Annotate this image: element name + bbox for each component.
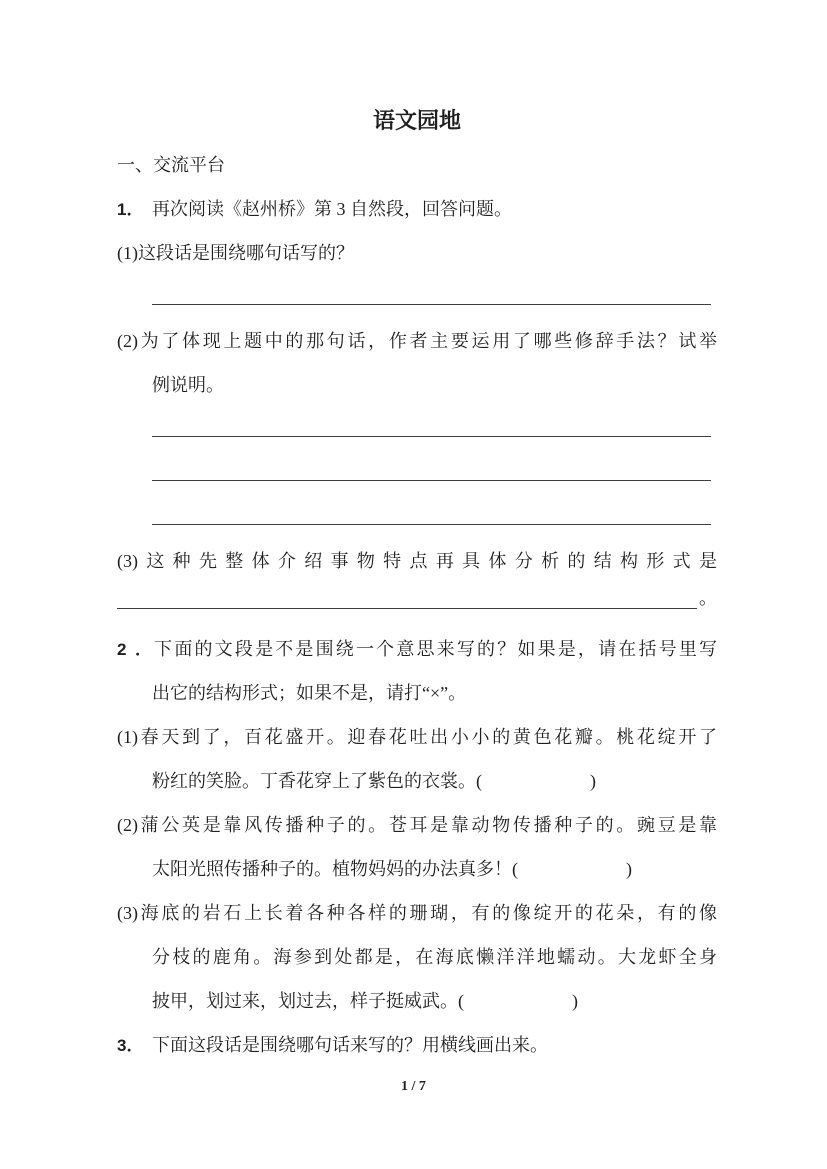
question-2-sub-3-text-line-3: 披甲，划过来，划过去，样子挺威武。( ) (152, 991, 578, 1011)
question-1-sub-2-continuation: 例说明。 (117, 363, 717, 407)
question-2-sub-3-continuation: 分枝的鹿角。海参到处都是，在海底懒洋洋地蠕动。大龙虾全身 (117, 935, 717, 979)
question-2-sub-1-text-line-2: 粉红的笑脸。丁香花穿上了紫色的衣裳。( ) (152, 771, 596, 791)
question-2-sub-2: (2)蒲公英是靠风传播种子的。苍耳是靠动物传播种子的。豌豆是靠 (117, 803, 717, 847)
question-2-sub-2-text-line-1: 蒲公英是靠风传播种子的。苍耳是靠动物传播种子的。豌豆是靠 (138, 815, 717, 835)
question-2-sub-1-marker: (1) (117, 727, 138, 747)
question-1-sub-1-marker: (1) (117, 243, 138, 263)
question-2-sub-2-text-line-2: 太阳光照传播种子的。植物妈妈的办法真多！( ) (152, 859, 632, 879)
question-1-sub-3-marker: (3) (117, 551, 138, 571)
question-1-sub-1: (1)这段话是围绕哪句话写的？ (117, 231, 717, 275)
worksheet-content: 语文园地 一、交流平台 1．再次阅读《赵州桥》第 3 自然段，回答问题。 (1)… (117, 99, 717, 1067)
answer-rule (152, 304, 711, 305)
answer-blank-line (117, 275, 717, 319)
question-2-sub-2-continuation: 太阳光照传播种子的。植物妈妈的办法真多！( ) (117, 847, 717, 891)
question-3: 3．下面这段话是围绕哪句话来写的？用横线画出来。 (117, 1023, 717, 1067)
question-2-sub-3-continuation: 披甲，划过来，划过去，样子挺威武。( ) (117, 979, 717, 1023)
answer-end-period: 。 (697, 583, 717, 613)
answer-blank-line (117, 451, 717, 495)
worksheet-page: 语文园地 一、交流平台 1．再次阅读《赵州桥》第 3 自然段，回答问题。 (1)… (0, 0, 827, 1169)
question-2: 2．下面的文段是不是围绕一个意思来写的？如果是，请在括号里写 (117, 627, 717, 671)
question-2-prompt-line-2: 出它的结构形式；如果不是，请打“×”。 (152, 683, 466, 703)
answer-blank-line (117, 407, 717, 451)
question-2-sub-1-text-line-1: 春天到了，百花盛开。迎春花吐出小小的黄色花瓣。桃花绽开了 (138, 727, 717, 747)
question-2-sub-2-marker: (2) (117, 815, 138, 835)
question-1-sub-2-text-line-1: 为了体现上题中的那句话，作者主要运用了哪些修辞手法？试举 (138, 331, 717, 351)
question-2-continuation: 出它的结构形式；如果不是，请打“×”。 (117, 671, 717, 715)
answer-rule (117, 583, 697, 609)
answer-blank-line-with-period: 。 (117, 583, 717, 627)
question-1-sub-3-text: 这种先整体介绍事物特点再具体分析的结构形式是 (138, 551, 717, 571)
question-1-sub-2-text-line-2: 例说明。 (152, 375, 224, 395)
question-1-prompt: 再次阅读《赵州桥》第 3 自然段，回答问题。 (152, 199, 512, 219)
question-2-sub-3-text-line-2: 分枝的鹿角。海参到处都是，在海底懒洋洋地蠕动。大龙虾全身 (152, 947, 717, 967)
question-2-prompt-line-1: 下面的文段是不是围绕一个意思来写的？如果是，请在括号里写 (152, 639, 717, 659)
question-2-sub-3-marker: (3) (117, 903, 138, 923)
question-2-sub-3: (3)海底的岩石上长着各种各样的珊瑚，有的像绽开的花朵，有的像 (117, 891, 717, 935)
question-1-sub-2: (2)为了体现上题中的那句话，作者主要运用了哪些修辞手法？试举 (117, 319, 717, 363)
question-1-number: 1． (117, 188, 152, 231)
answer-rule (152, 436, 711, 437)
answer-rule (152, 524, 711, 525)
question-1: 1．再次阅读《赵州桥》第 3 自然段，回答问题。 (117, 187, 717, 231)
question-2-sub-1-continuation: 粉红的笑脸。丁香花穿上了紫色的衣裳。( ) (117, 759, 717, 803)
question-1-sub-2-marker: (2) (117, 331, 138, 351)
question-3-number: 3． (117, 1024, 152, 1067)
answer-blank-line (117, 495, 717, 539)
section-heading: 一、交流平台 (117, 143, 717, 187)
question-2-sub-1: (1)春天到了，百花盛开。迎春花吐出小小的黄色花瓣。桃花绽开了 (117, 715, 717, 759)
page-title: 语文园地 (117, 99, 717, 143)
question-2-number: 2． (117, 628, 152, 671)
question-1-sub-3: (3)这种先整体介绍事物特点再具体分析的结构形式是 (117, 539, 717, 583)
question-2-sub-3-text-line-1: 海底的岩石上长着各种各样的珊瑚，有的像绽开的花朵，有的像 (138, 903, 717, 923)
question-1-sub-1-text: 这段话是围绕哪句话写的？ (138, 243, 354, 263)
answer-rule (152, 480, 711, 481)
page-indicator: 1 / 7 (0, 1072, 827, 1102)
question-3-prompt: 下面这段话是围绕哪句话来写的？用横线画出来。 (152, 1035, 548, 1055)
